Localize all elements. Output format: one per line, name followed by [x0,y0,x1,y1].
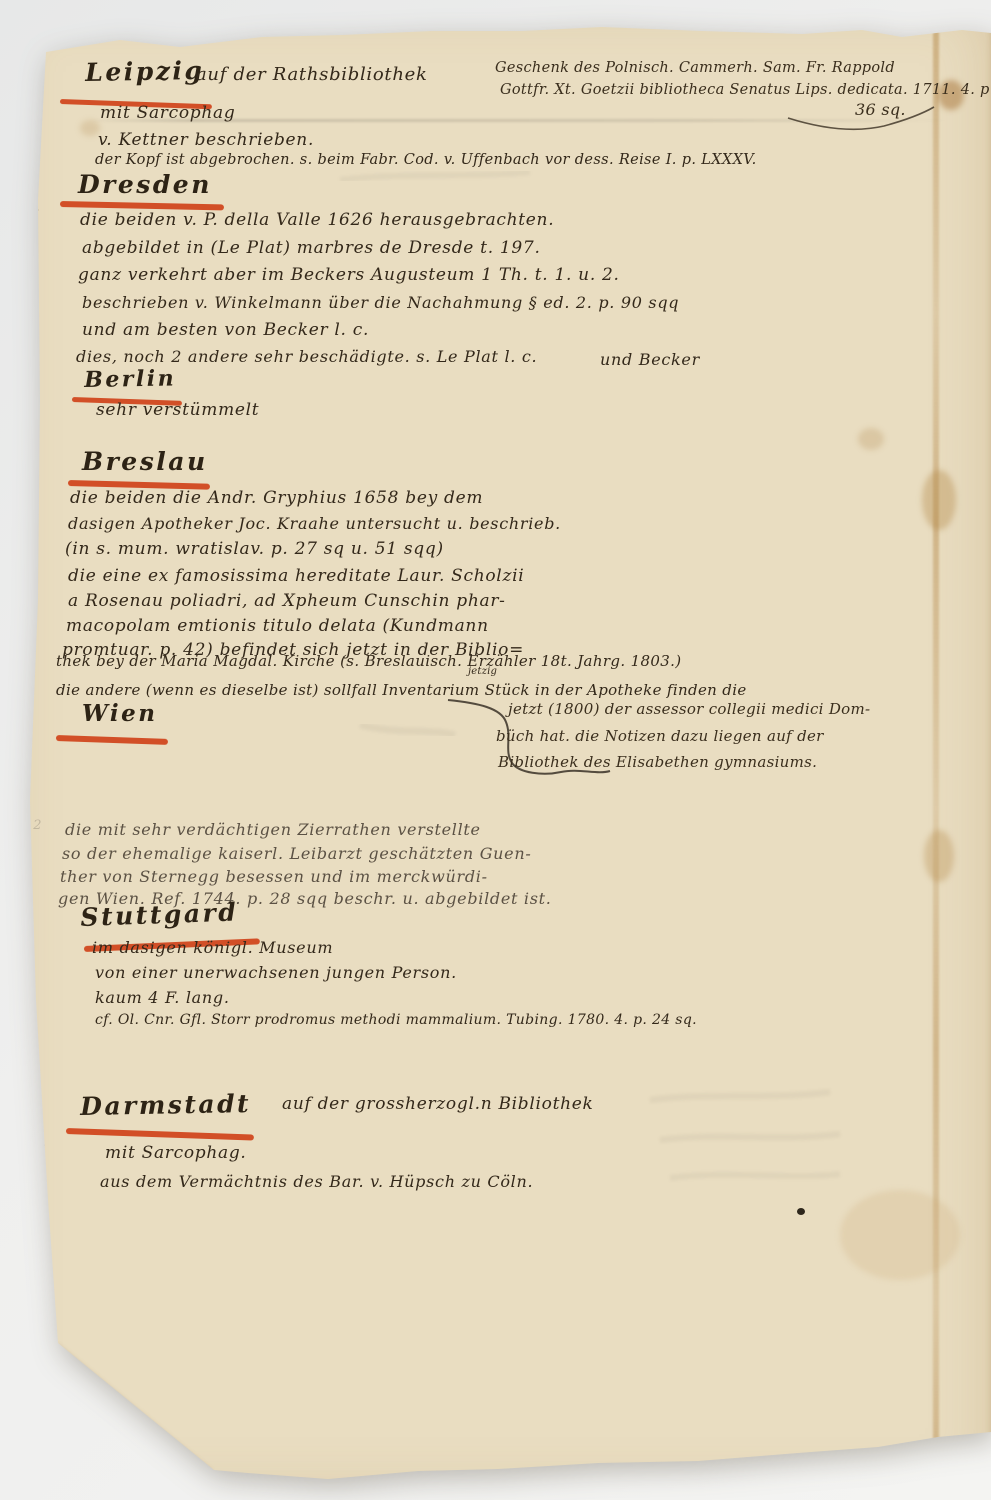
manuscript-line: von einer unerwachsenen jungen Person. [95,963,457,982]
side-note-line: büch hat. die Notizen dazu liegen auf de… [496,727,824,745]
manuscript-line: macopolam emtionis titulo delata (Kundma… [66,616,489,636]
manuscript-line: a Rosenau poliadri, ad Xpheum Cunschin p… [68,591,506,611]
stain [922,470,956,530]
section-heading-darmstadt: Darmstadt [80,1089,251,1121]
margin-number: 8.9 [12,348,36,363]
manuscript-line: die eine ex famosissima hereditate Laur.… [68,566,524,586]
manuscript-line: der Kopf ist abgebrochen. s. beim Fabr. … [95,152,757,168]
manuscript-line: die beiden die Andr. Gryphius 1658 bey d… [70,488,483,508]
stain [924,830,954,882]
heading-suffix: auf der grossherzogl.n Bibliothek [282,1094,594,1114]
manuscript-line: aus dem Vermächtnis des Bar. v. Hüpsch z… [100,1172,533,1191]
corner-fold-shade [58,1343,213,1470]
manuscript-line: sehr verstümmelt [96,400,259,420]
manuscript-line: und Becker [600,350,700,369]
manuscript-line: ther von Sternegg besessen und im merckw… [60,867,488,886]
manuscript-line: mit Sarcophag. [105,1143,247,1163]
section-heading-breslau: Breslau [82,447,208,476]
manuscript-line: cf. Ol. Cnr. Gfl. Storr prodromus method… [95,1012,697,1028]
section-heading-dresden: Dresden [78,170,212,199]
manuscript-line: und am besten von Becker l. c. [82,320,369,340]
manuscript-line: dasigen Apotheker Joc. Kraahe untersucht… [68,514,561,533]
manuscript-line: (in s. mum. wratislav. p. 27 sq u. 51 sq… [65,539,444,559]
red-underline [66,1128,254,1141]
stain [840,1190,960,1280]
margin-number: 10 [8,566,27,581]
section-heading-stuttgard: Stuttgard [80,897,239,931]
margin-number: 11 [14,684,33,699]
manuscript-line: abgebildet in (Le Plat) marbres de Dresd… [82,238,541,258]
manuscript-line: im dasigen königl. Museum [92,938,333,957]
section-heading-berlin: Berlin [84,365,176,393]
paper-sheet: Leipzig auf der Rathsbibliothek Geschenk… [0,0,991,1500]
red-underline [56,735,168,745]
heading-suffix: auf der Rathsbibliothek [196,64,428,85]
manuscript-line: dies, noch 2 andere sehr beschädigte. s.… [76,347,537,366]
side-note-line: Bibliothek des Elisabethen gymnasiums. [498,753,817,771]
stain [858,428,884,450]
section-heading-wien: Wien [82,700,158,727]
header-note-line: Geschenk des Polnisch. Cammerh. Sam. Fr.… [495,60,895,76]
manuscript-line: ganz verkehrt aber im Beckers Augusteum … [78,265,620,285]
margin-number: 12 [24,818,43,833]
manuscript-line: v. Kettner beschrieben. [98,130,314,150]
stain [80,120,100,136]
manuscript-line: die beiden v. P. della Valle 1626 heraus… [80,210,554,230]
header-note-line: 36 sq. [855,100,906,119]
manuscript-line: beschrieben v. Winkelmann über die Nacha… [82,293,679,312]
interlinear-correction: jetzig [468,666,497,677]
show-through [650,1092,840,1178]
ink-spot [797,1208,805,1215]
section-heading-leipzig: Leipzig [85,56,205,87]
manuscript-line: die andere (wenn es dieselbe ist) sollfa… [56,681,747,699]
show-through [340,172,530,180]
manuscript-line: kaum 4 F. lang. [95,988,230,1007]
manuscript-line: thek bey der Maria Magdal. Kirche (s. Br… [56,652,681,670]
side-note-line: jetzt (1800) der assessor collegii medic… [508,700,870,718]
scanned-page: Leipzig auf der Rathsbibliothek Geschenk… [0,0,991,1500]
margin-number: 6.7 [16,208,40,223]
header-note-line: Gottfr. Xt. Goetzii bibliotheca Senatus … [500,82,991,98]
manuscript-line: die mit sehr verdächtigen Zierrathen ver… [65,820,481,839]
show-through [360,725,455,735]
margin-number: 13 [28,1142,47,1157]
manuscript-line: mit Sarcophag [100,103,235,123]
manuscript-line: so der ehemalige kaiserl. Leibarzt gesch… [62,844,531,863]
margin-number: 5 [30,106,39,121]
